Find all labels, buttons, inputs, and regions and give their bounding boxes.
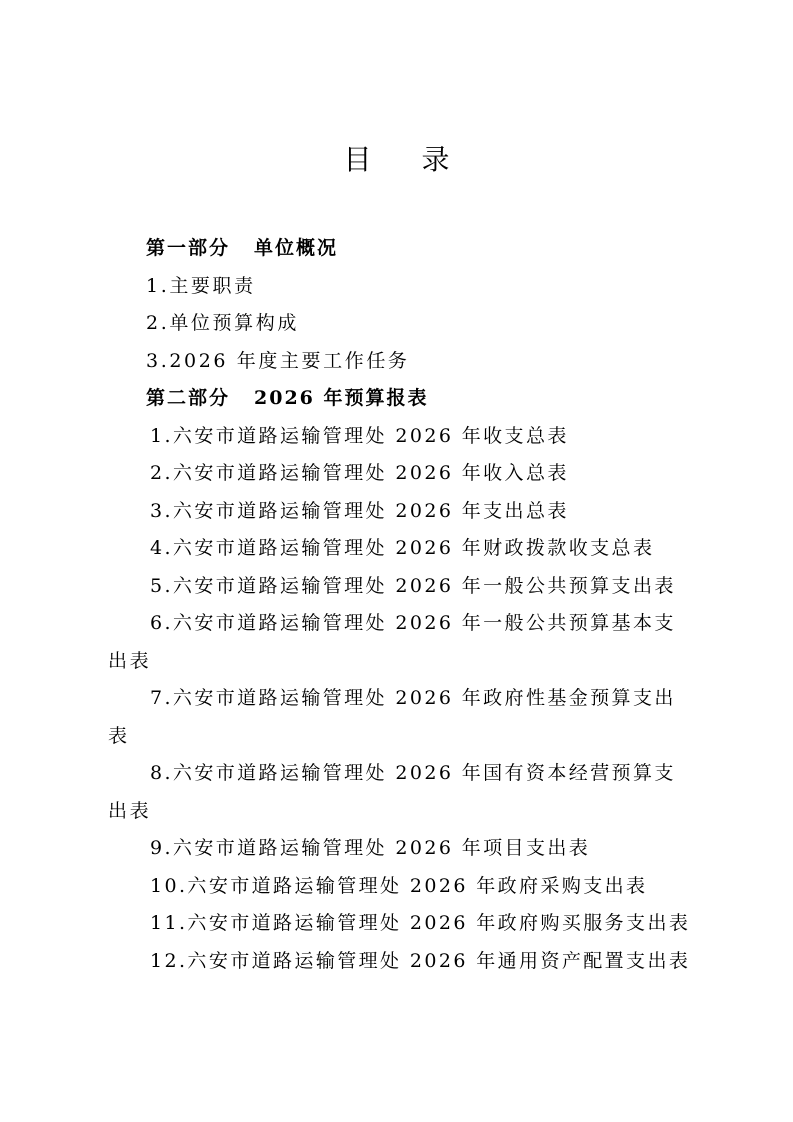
toc-entry: 2.六安市道路运输管理处 2026 年收入总表 bbox=[108, 455, 688, 493]
toc-entry-continuation: 出表 bbox=[108, 643, 688, 681]
toc-entry: 6.六安市道路运输管理处 2026 年一般公共预算基本支 bbox=[108, 605, 688, 643]
table-of-contents: 第一部分单位概况 1.主要职责 2.单位预算构成 3.2026 年度主要工作任务… bbox=[108, 230, 688, 980]
toc-entry: 5.六安市道路运输管理处 2026 年一般公共预算支出表 bbox=[108, 568, 688, 606]
toc-entry: 8.六安市道路运输管理处 2026 年国有资本经营预算支 bbox=[108, 755, 688, 793]
toc-entry: 12.六安市道路运输管理处 2026 年通用资产配置支出表 bbox=[108, 943, 688, 981]
part-1-label: 第一部分 bbox=[146, 237, 230, 259]
toc-part-1-heading: 第一部分单位概况 bbox=[108, 230, 688, 268]
toc-entry: 9.六安市道路运输管理处 2026 年项目支出表 bbox=[108, 830, 688, 868]
part-2-label: 第二部分 bbox=[146, 387, 230, 409]
page-title: 目录 bbox=[0, 140, 793, 180]
part-1-title: 单位概况 bbox=[254, 237, 338, 259]
title-char-2: 录 bbox=[422, 140, 450, 180]
toc-entry: 7.六安市道路运输管理处 2026 年政府性基金预算支出 bbox=[108, 680, 688, 718]
title-char-1: 目 bbox=[343, 140, 371, 180]
part-2-title: 2026 年预算报表 bbox=[254, 387, 429, 409]
toc-part-2-heading: 第二部分2026 年预算报表 bbox=[108, 380, 688, 418]
toc-entry: 11.六安市道路运输管理处 2026 年政府购买服务支出表 bbox=[108, 905, 688, 943]
document-page: 目录 第一部分单位概况 1.主要职责 2.单位预算构成 3.2026 年度主要工… bbox=[0, 0, 793, 1122]
toc-entry: 3.2026 年度主要工作任务 bbox=[108, 343, 688, 381]
toc-entry: 10.六安市道路运输管理处 2026 年政府采购支出表 bbox=[108, 868, 688, 906]
toc-entry: 1.六安市道路运输管理处 2026 年收支总表 bbox=[108, 418, 688, 456]
toc-entry: 1.主要职责 bbox=[108, 268, 688, 306]
toc-entry: 4.六安市道路运输管理处 2026 年财政拨款收支总表 bbox=[108, 530, 688, 568]
toc-entry-continuation: 出表 bbox=[108, 793, 688, 831]
toc-entry-continuation: 表 bbox=[108, 718, 688, 756]
toc-entry: 3.六安市道路运输管理处 2026 年支出总表 bbox=[108, 493, 688, 531]
toc-entry: 2.单位预算构成 bbox=[108, 305, 688, 343]
